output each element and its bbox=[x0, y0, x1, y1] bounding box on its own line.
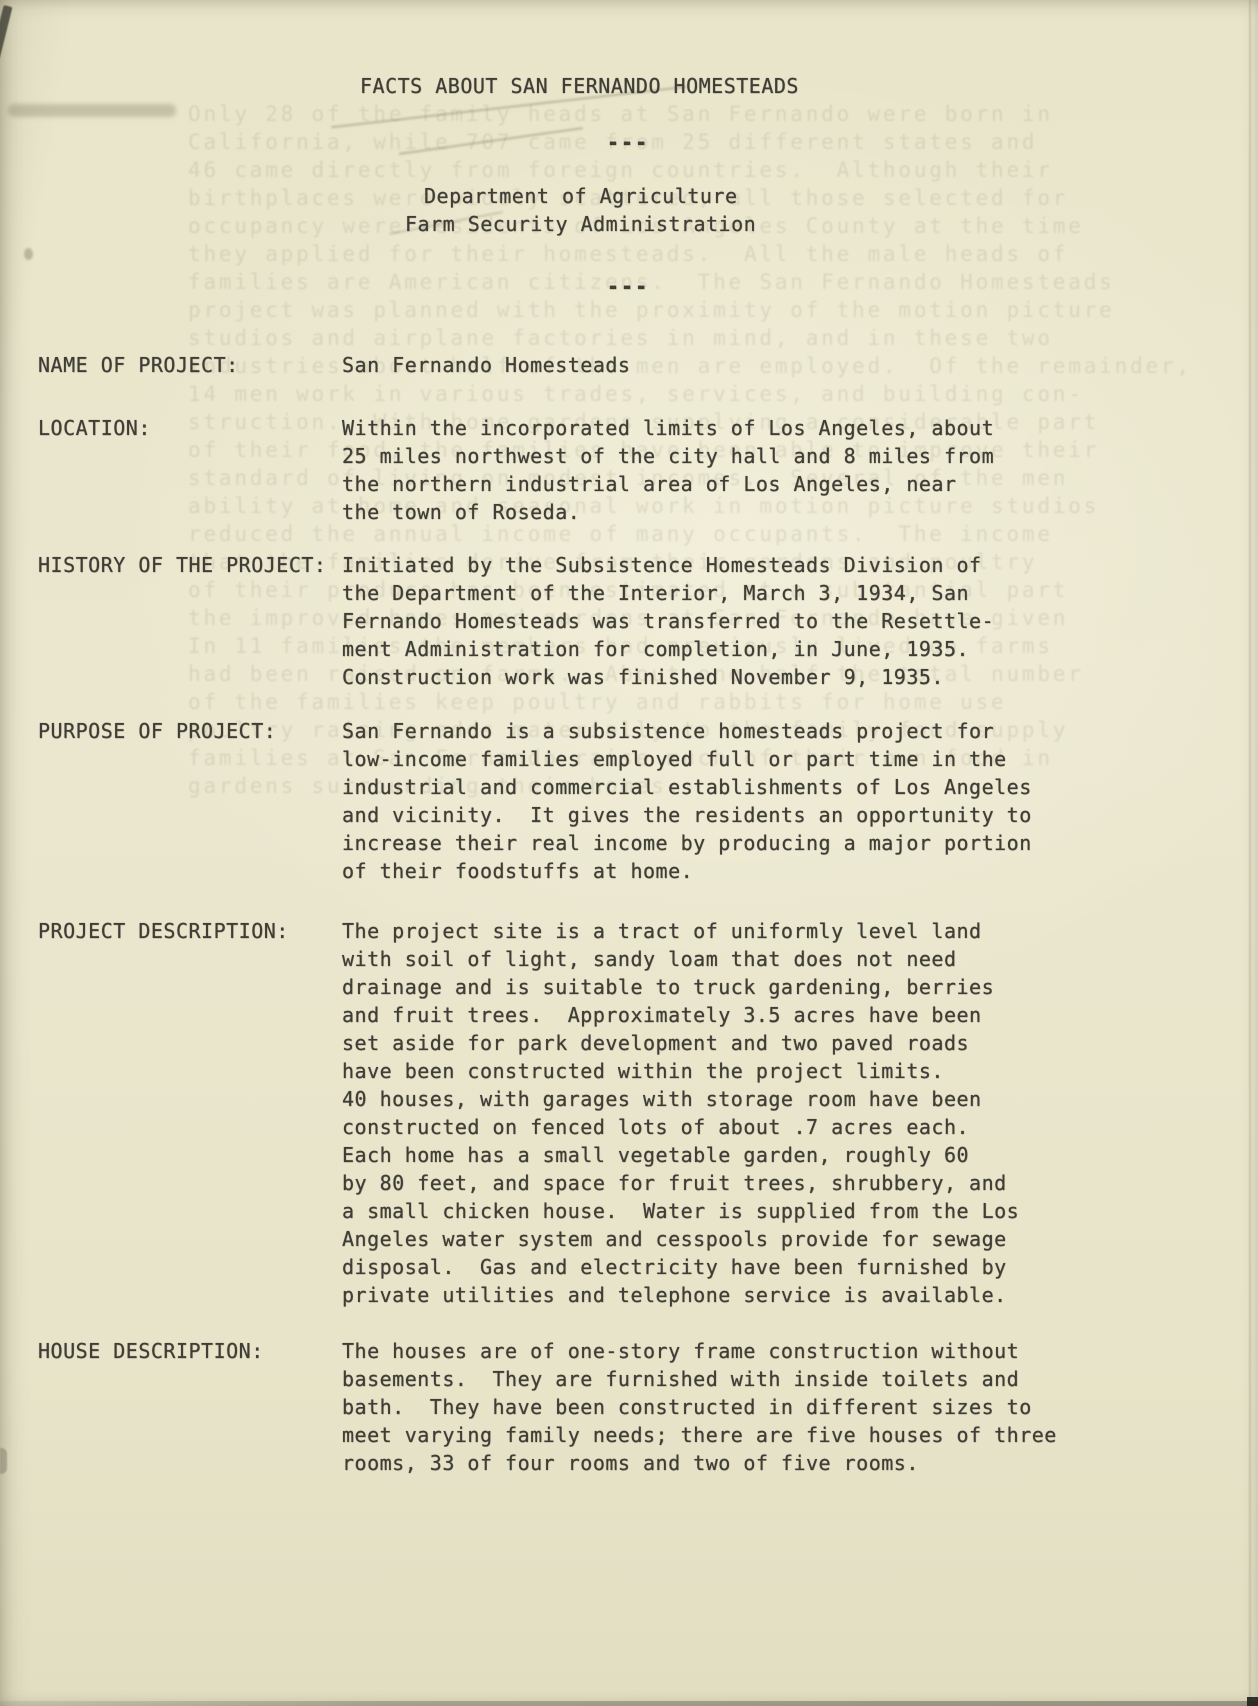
bleed-through-line: studios and airplane factories in mind, … bbox=[188, 326, 1053, 350]
scan-streak-right-edge bbox=[1249, 0, 1251, 1706]
section-body: The project site is a tract of uniformly… bbox=[342, 917, 1019, 1309]
section-line: 40 houses, with garages with storage roo… bbox=[342, 1085, 1019, 1113]
bleed-through-line: industries about half of the men are emp… bbox=[188, 354, 1192, 378]
section-line: a small chicken house. Water is supplied… bbox=[342, 1197, 1019, 1225]
section-line: the Department of the Interior, March 3,… bbox=[342, 579, 994, 607]
section-label: HISTORY OF THE PROJECT: bbox=[38, 551, 326, 579]
bleed-through-line: project was planned with the proximity o… bbox=[188, 298, 1115, 322]
section-line: drainage and is suitable to truck garden… bbox=[342, 973, 1019, 1001]
section-line: with soil of light, sandy loam that does… bbox=[342, 945, 1019, 973]
section-line: have been constructed within the project… bbox=[342, 1057, 1019, 1085]
section-label: PROJECT DESCRIPTION: bbox=[38, 917, 289, 945]
section-line: rooms, 33 of four rooms and two of five … bbox=[342, 1449, 1057, 1477]
section-line: low-income families employed full or par… bbox=[342, 745, 1032, 773]
section-label: HOUSE DESCRIPTION: bbox=[38, 1337, 264, 1365]
section-line: Within the incorporated limits of Los An… bbox=[342, 414, 994, 442]
section-line: meet varying family needs; there are fiv… bbox=[342, 1421, 1057, 1449]
scan-edge-bottom bbox=[0, 1701, 1258, 1706]
section-line: Construction work was finished November … bbox=[342, 663, 994, 691]
section-line: San Fernando is a subsistence homesteads… bbox=[342, 717, 1032, 745]
section-line: The houses are of one-story frame constr… bbox=[342, 1337, 1057, 1365]
section-line: private utilities and telephone service … bbox=[342, 1281, 1019, 1309]
section-line: set aside for park development and two p… bbox=[342, 1029, 1019, 1057]
agency-line-1: Department of Agriculture bbox=[424, 182, 738, 210]
section-line: and fruit trees. Approximately 3.5 acres… bbox=[342, 1001, 1019, 1029]
section-label: LOCATION: bbox=[38, 414, 151, 442]
section-line: the town of Roseda. bbox=[342, 498, 994, 526]
section-line: constructed on fenced lots of about .7 a… bbox=[342, 1113, 1019, 1141]
section-line: disposal. Gas and electricity have been … bbox=[342, 1253, 1019, 1281]
scan-edge-mark-left bbox=[0, 1448, 7, 1474]
section-body: The houses are of one-story frame constr… bbox=[342, 1337, 1057, 1477]
paper-fleck bbox=[24, 248, 33, 260]
section-line: Each home has a small vegetable garden, … bbox=[342, 1141, 1019, 1169]
section-line: industrial and commercial establishments… bbox=[342, 773, 1032, 801]
bleed-through-line: 46 came directly from foreign countries.… bbox=[188, 158, 1053, 182]
section-label: NAME OF PROJECT: bbox=[38, 351, 239, 379]
scan-corner-mark-bottom-right bbox=[1247, 1697, 1258, 1706]
separator-top: --- bbox=[607, 126, 649, 158]
scan-corner-mark-top-left bbox=[0, 5, 12, 60]
section-body: San Fernando is a subsistence homesteads… bbox=[342, 717, 1032, 885]
bleed-through-line: Only 28 of the family heads at San Ferna… bbox=[188, 102, 1053, 126]
section-line: Initiated by the Subsistence Homesteads … bbox=[342, 551, 994, 579]
agency-line-2: Farm Security Administration bbox=[405, 210, 756, 238]
section-line: ment Administration for completion, in J… bbox=[342, 635, 994, 663]
separator-middle: --- bbox=[607, 270, 649, 302]
section-line: 25 miles northwest of the city hall and … bbox=[342, 442, 994, 470]
section-line: increase their real income by producing … bbox=[342, 829, 1032, 857]
section-line: bath. They have been constructed in diff… bbox=[342, 1393, 1057, 1421]
pencil-smudge bbox=[399, 127, 583, 155]
section-label: PURPOSE OF PROJECT: bbox=[38, 717, 276, 745]
bleed-through-line: they applied for their homesteads. All t… bbox=[188, 242, 1068, 266]
section-line: San Fernando Homesteads bbox=[342, 351, 630, 379]
section-line: of their foodstuffs at home. bbox=[342, 857, 1032, 885]
section-line: basements. They are furnished with insid… bbox=[342, 1365, 1057, 1393]
section-body: Initiated by the Subsistence Homesteads … bbox=[342, 551, 994, 691]
section-line: and vicinity. It gives the residents an … bbox=[342, 801, 1032, 829]
bleed-through-line: families are American citizens. The San … bbox=[188, 270, 1115, 294]
section-body: Within the incorporated limits of Los An… bbox=[342, 414, 994, 526]
bleed-through-line: of the families keep poultry and rabbits… bbox=[188, 690, 1006, 714]
document-page: Only 28 of the family heads at San Ferna… bbox=[0, 0, 1258, 1706]
section-body: San Fernando Homesteads bbox=[342, 351, 630, 379]
section-line: by 80 feet, and space for fruit trees, s… bbox=[342, 1169, 1019, 1197]
section-line: Angeles water system and cesspools provi… bbox=[342, 1225, 1019, 1253]
page-title: FACTS ABOUT SAN FERNANDO HOMESTEADS bbox=[360, 72, 799, 100]
section-line: Fernando Homesteads was transferred to t… bbox=[342, 607, 994, 635]
bleed-through-label-smear bbox=[8, 104, 176, 117]
section-line: the northern industrial area of Los Ange… bbox=[342, 470, 994, 498]
section-line: The project site is a tract of uniformly… bbox=[342, 917, 1019, 945]
bleed-through-line: 14 men work in various trades, services,… bbox=[188, 382, 1084, 406]
